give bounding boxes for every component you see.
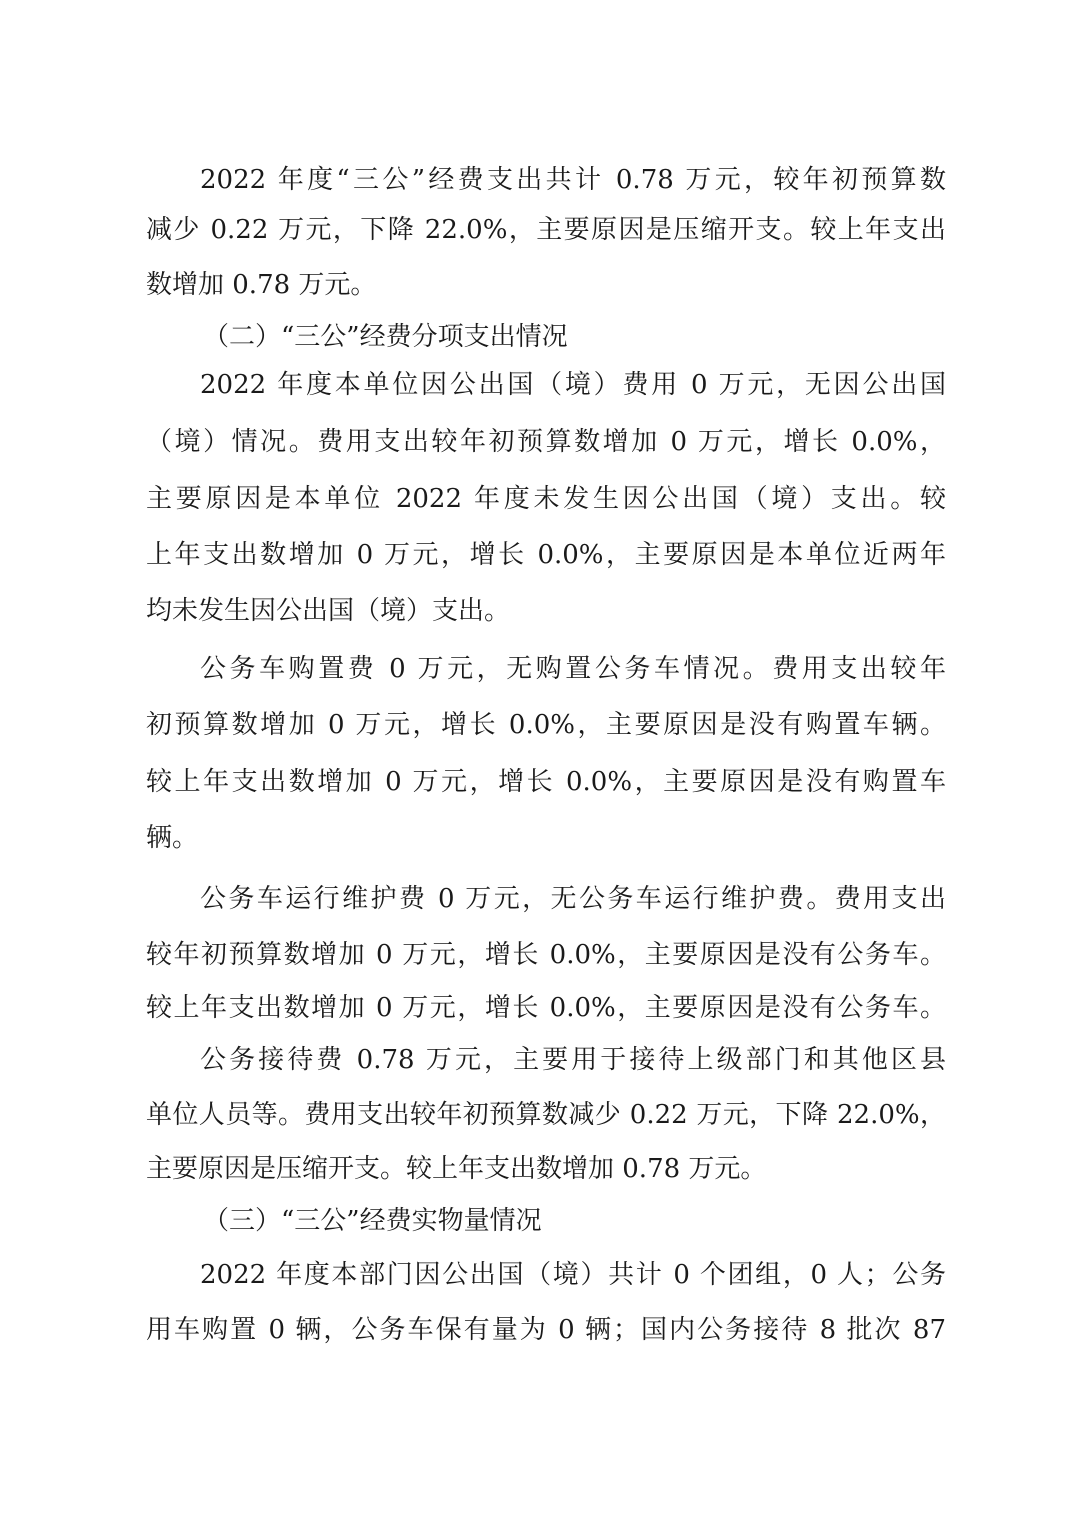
section-heading-itemized: （二）“三公”经费分项支出情况: [203, 322, 568, 352]
paragraph-total-line-1: 2022 年度“三公”经费支出共计 0.78 万元，较年初预算数: [200, 165, 946, 195]
paragraph-total-line-3: 数增加 0.78 万元。: [146, 270, 376, 300]
paragraph-vehicle-maintenance-line-1: 公务车运行维护费 0 万元，无公务车运行维护费。费用支出: [200, 884, 946, 914]
paragraph-reception-line-1: 公务接待费 0.78 万元，主要用于接待上级部门和其他区县: [200, 1045, 946, 1075]
paragraph-overseas-line-4: 上年支出数增加 0 万元，增长 0.0%，主要原因是本单位近两年: [146, 540, 946, 570]
paragraph-vehicle-purchase-line-1: 公务车购置费 0 万元，无购置公务车情况。费用支出较年: [200, 654, 946, 684]
document-page: 2022 年度“三公”经费支出共计 0.78 万元，较年初预算数 减少 0.22…: [0, 0, 1074, 1520]
paragraph-physical-line-2: 用车购置 0 辆，公务车保有量为 0 辆；国内公务接待 8 批次 87: [146, 1315, 946, 1345]
paragraph-vehicle-maintenance-line-2: 较年初预算数增加 0 万元，增长 0.0%，主要原因是没有公务车。: [146, 940, 946, 970]
section-heading-physical-quantity: （三）“三公”经费实物量情况: [203, 1206, 542, 1236]
paragraph-overseas-line-3: 主要原因是本单位 2022 年度未发生因公出国（境）支出。较: [146, 484, 946, 514]
paragraph-reception-line-3: 主要原因是压缩开支。较上年支出数增加 0.78 万元。: [146, 1154, 766, 1184]
paragraph-overseas-line-1: 2022 年度本单位因公出国（境）费用 0 万元，无因公出国: [200, 370, 946, 400]
paragraph-vehicle-purchase-line-3: 较上年支出数增加 0 万元，增长 0.0%，主要原因是没有购置车: [146, 767, 946, 797]
paragraph-overseas-line-5: 均未发生因公出国（境）支出。: [146, 596, 510, 626]
paragraph-total-line-2: 减少 0.22 万元，下降 22.0%，主要原因是压缩开支。较上年支出: [146, 215, 946, 245]
paragraph-overseas-line-2: （境）情况。费用支出较年初预算数增加 0 万元，增长 0.0%，: [146, 427, 946, 457]
paragraph-reception-line-2: 单位人员等。费用支出较年初预算数减少 0.22 万元，下降 22.0%，: [146, 1100, 946, 1130]
paragraph-physical-line-1: 2022 年度本部门因公出国（境）共计 0 个团组，0 人；公务: [200, 1260, 946, 1290]
paragraph-vehicle-purchase-line-2: 初预算数增加 0 万元，增长 0.0%，主要原因是没有购置车辆。: [146, 710, 946, 740]
paragraph-vehicle-maintenance-line-3: 较上年支出数增加 0 万元，增长 0.0%，主要原因是没有公务车。: [146, 993, 946, 1023]
paragraph-vehicle-purchase-line-4: 辆。: [146, 823, 198, 853]
